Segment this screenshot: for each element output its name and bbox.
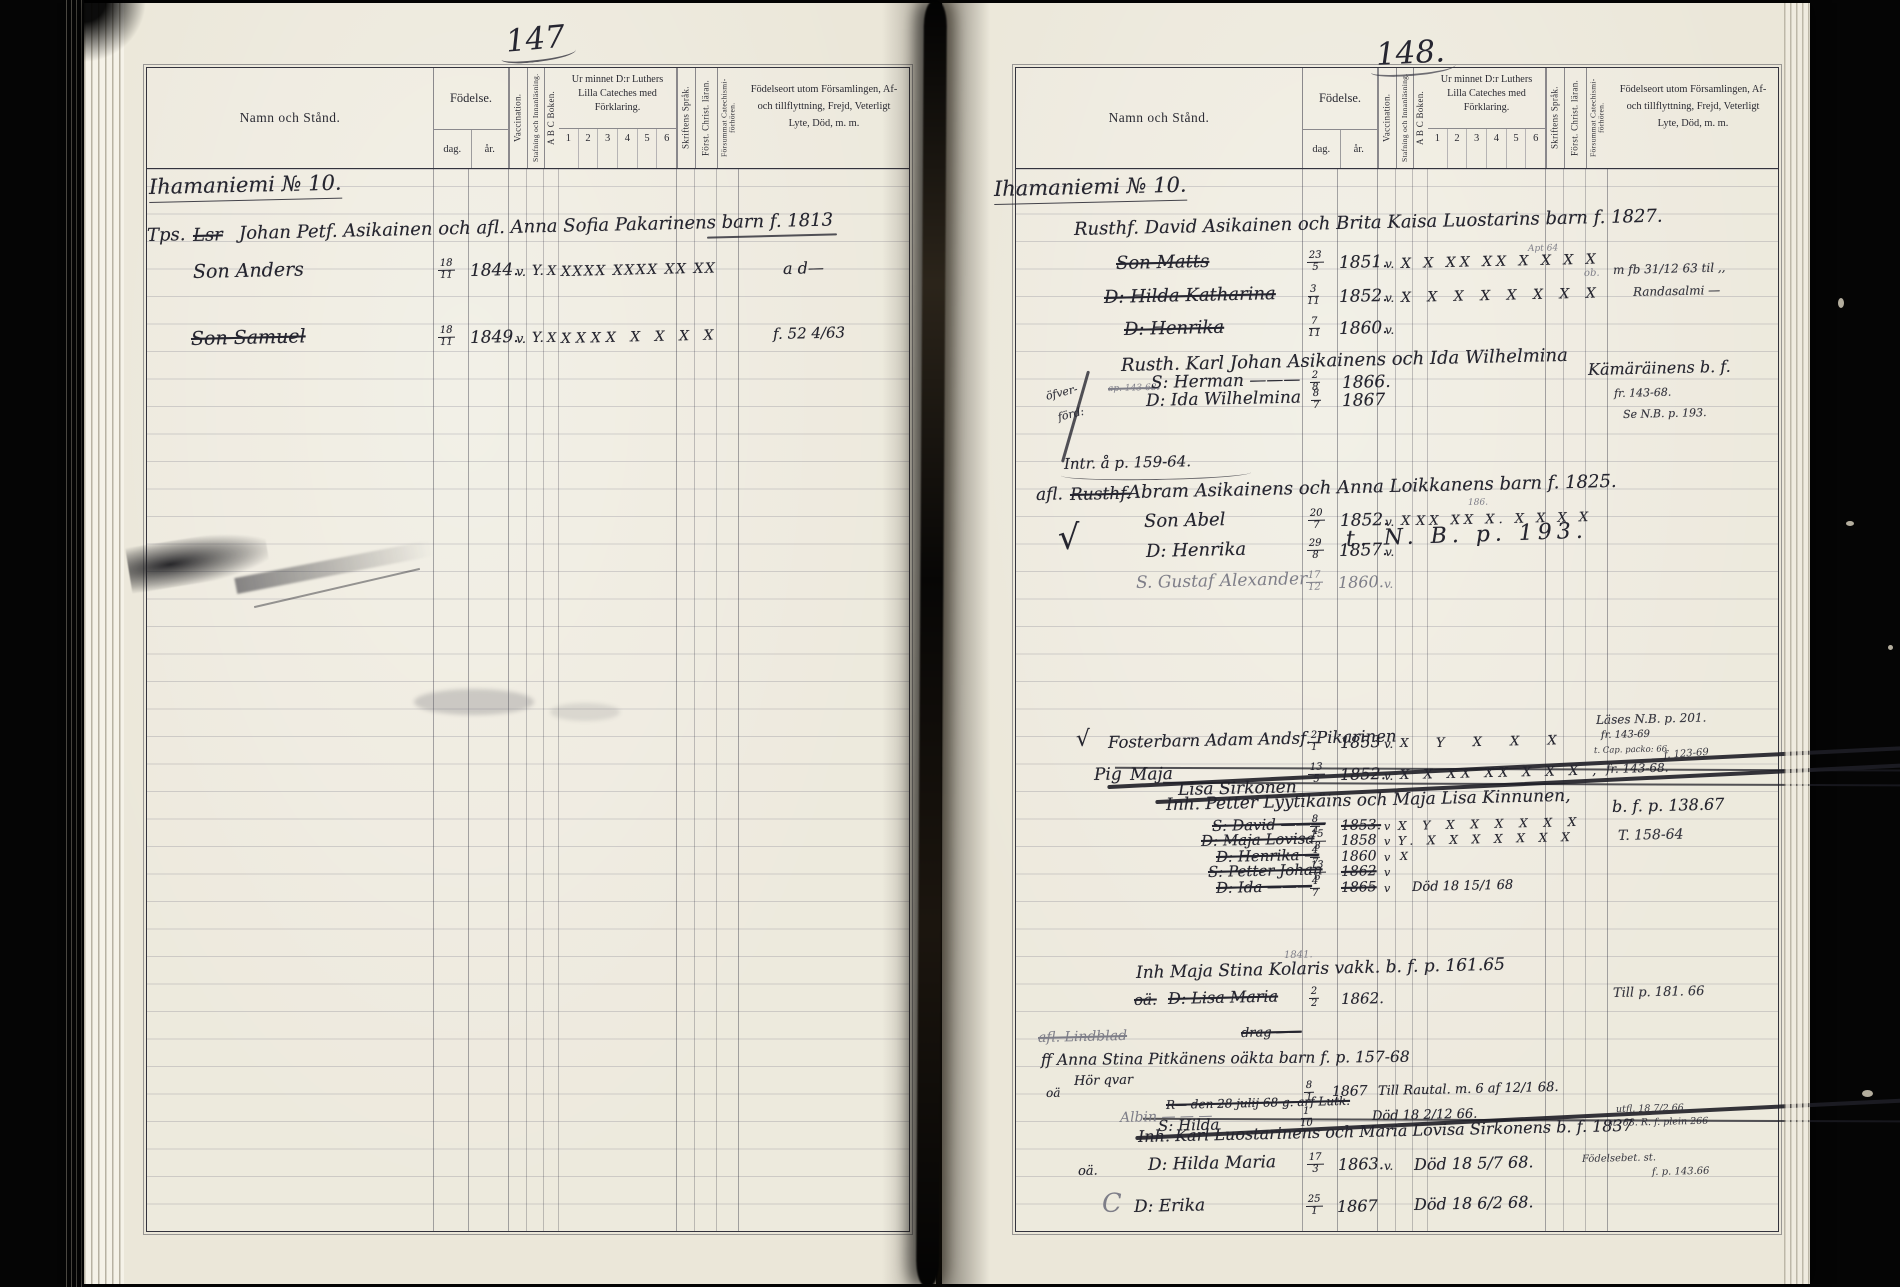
margin-note: t. Cap. packo: 66 — [1594, 745, 1667, 755]
cateches-marks: X X XX XX X X X X — [1401, 252, 1600, 271]
vaccination-mark: v. — [516, 266, 526, 279]
col-fodelse-header: Födelse. dag. år. — [434, 68, 509, 168]
entry-birth-year: 1867 — [1337, 1198, 1378, 1215]
day: 2 — [1309, 987, 1320, 999]
day: 15 — [1309, 830, 1326, 842]
entry-prefix: oä. — [1078, 1165, 1098, 1178]
month: 12 — [1308, 582, 1321, 593]
entry-birth-year: 1862 — [1341, 864, 1377, 879]
ledger-table-right: Namn och Stånd. Födelse. dag. år. Vaccin… — [1015, 67, 1779, 1232]
cateches-1: 1 — [1428, 129, 1448, 168]
margin-note: utfl. 18 7/2 66. — [1616, 1103, 1687, 1114]
entry-prefix-struck: oä. — [1134, 992, 1157, 1008]
col-vaccination-header: Vaccination. — [509, 68, 527, 168]
col-fodelse-label: Födelse. — [1303, 68, 1377, 130]
entry-prefix: oä — [1046, 1087, 1061, 1099]
col-forst-christ-header: Först. Christ. läran. — [1564, 68, 1586, 168]
col-cateches-numbers: 1 2 3 4 5 6 — [1428, 129, 1545, 168]
col-forsummat-header: Försummat Catechismi-förhören. — [717, 68, 739, 168]
margin-note: T. 158-64 — [1618, 828, 1684, 843]
margin-note: Se N.B. p. 193. — [1623, 407, 1707, 420]
entry-name: D: Lisa Maria — [1168, 989, 1278, 1007]
day: 20 — [1308, 509, 1325, 521]
margin-note: Randasalmi — — [1633, 284, 1720, 298]
month: 7 — [1312, 888, 1319, 899]
col-ar-label: år. — [472, 130, 509, 168]
entry-birth-year: 1867 — [1342, 392, 1386, 410]
cateches-5: 5 — [1507, 129, 1527, 168]
cateches-2: 2 — [579, 129, 599, 168]
entry-birth-year: 1844. — [470, 262, 519, 280]
cateches-5: 5 — [638, 129, 658, 168]
vaccination-mark: v. — [1384, 1160, 1393, 1172]
day: 8 — [1304, 1081, 1315, 1093]
col-forsummat-header: Försummat Catechismi-förhören. — [1586, 68, 1608, 168]
scanned-parish-register: { "c": { "namn": "Namn och Stånd.", "fod… — [0, 0, 1900, 1287]
day: 8 — [1310, 815, 1321, 827]
village-heading: Ihamaniemi № 10. — [994, 175, 1187, 205]
vaccination-mark: v — [1384, 836, 1390, 847]
paper-speck — [1846, 521, 1854, 526]
margin-note: Födelsebet. st. — [1582, 1153, 1656, 1165]
page-147: 147 Namn och Stånd. Födelse. dag. år. Va… — [84, 3, 936, 1284]
pencil-smudge — [550, 703, 620, 721]
table-body-right: Ihamaniemi № 10. Rusthf. David Asikainen… — [1016, 169, 1778, 1231]
entry-name: D: Ida Wilhelmina — [1146, 389, 1301, 410]
entry-name: D: Henrika — [1146, 541, 1247, 561]
paper-speck — [1862, 1090, 1873, 1097]
vaccination-mark: v. — [1385, 546, 1394, 558]
vaccination-mark: v. — [1384, 738, 1393, 750]
entry-birth-year: 1852. — [1339, 288, 1388, 306]
vaccination-mark: v. — [1385, 324, 1394, 336]
cateches-4: 4 — [1487, 129, 1507, 168]
entry-birth-day: 1811 — [438, 259, 455, 281]
entry-birth-day: 47 — [1310, 877, 1321, 899]
col-abc-header: A B C Boken. — [544, 68, 559, 168]
margin-note: Läses N.B. p. 201. — [1596, 711, 1707, 726]
entry-birth-day: 1811 — [438, 326, 455, 348]
vaccination-mark: v — [1384, 852, 1390, 863]
family1-heading: Johan Petf. Asikainen och afl. Anna Sofi… — [239, 212, 834, 243]
cateches-marks: Y. X X X X X X X — [1398, 831, 1575, 847]
entry-birth-day: 207 — [1308, 509, 1325, 531]
col-fodelseort-header: Födelseort utom Församlingen, Af- och ti… — [739, 68, 909, 168]
cateches-marks: XXXX X X X X — [561, 328, 719, 346]
margin-note: fr. 143-68. — [1614, 387, 1672, 399]
page-148: 148. Namn och Stånd. Födelse. dag. år. V… — [942, 3, 1810, 1284]
col-cateches-header: Ur minnet D:r Luthers Lilla Cateches med… — [559, 68, 677, 168]
month: 11 — [1307, 296, 1320, 307]
month: 11 — [1308, 328, 1321, 339]
entry-name: Son Matts — [1116, 253, 1210, 273]
cateches-4: 4 — [618, 129, 638, 168]
stafning-mark: Y. — [532, 264, 544, 278]
entry-name: D: Hilda Katharina — [1104, 285, 1276, 307]
entry-name: Son Abel — [1144, 511, 1226, 531]
day: 4 — [1310, 846, 1321, 858]
entry-name: D: Ida ——— — [1216, 879, 1312, 896]
col-fodelse-label: Födelse. — [434, 68, 508, 130]
struck-word: drag —— — [1241, 1026, 1302, 1040]
death-note: Död 18 5/7 68. — [1414, 1154, 1534, 1173]
day: 2 — [1309, 731, 1320, 743]
col-vaccination-header: Vaccination. — [1378, 68, 1396, 168]
entry-birth-year: 1862. — [1341, 991, 1384, 1007]
col-namn-header: Namn och Stånd. — [1016, 68, 1303, 168]
entry-birth-year: 1853. — [1341, 818, 1381, 833]
day: 13 — [1309, 861, 1326, 873]
month: 5 — [1313, 774, 1320, 785]
paper-speck — [1838, 298, 1844, 308]
family6-heading: Inh Maja Stina Kolaris vakk. b. f. p. 16… — [1136, 957, 1505, 982]
vaccination-mark: v — [1384, 883, 1390, 894]
entry-birth-year: 1863. — [1338, 1156, 1384, 1173]
cateches-marks: Y X X X — [1436, 734, 1569, 750]
cateches-2: 2 — [1448, 129, 1468, 168]
cateches-6: 6 — [657, 129, 676, 168]
family3-struck-word: Rusthf. — [1070, 486, 1132, 504]
day: 4 — [1310, 877, 1321, 889]
abc-mark: X — [1400, 851, 1408, 862]
margin-note: öfver- — [1045, 383, 1079, 402]
vaccination-mark: v. — [516, 333, 526, 346]
margin-note: b. f. p. 138.67 — [1612, 796, 1725, 815]
cateches-marks: XXXX XXXX XX XX — [561, 261, 717, 279]
col-dag-label: dag. — [1303, 130, 1341, 168]
family1-heading: Rusthf. David Asikainen och Brita Kaisa … — [1074, 208, 1663, 239]
ob-mark: ob. — [1584, 269, 1600, 279]
cateches-3: 3 — [598, 129, 618, 168]
day: 7 — [1309, 317, 1320, 329]
paper-speck — [1888, 645, 1893, 650]
family1-struck-word: Lsr — [193, 226, 223, 245]
col-forst-christ-header: Först. Christ. läran. — [695, 68, 717, 168]
month: 7 — [1313, 400, 1320, 411]
entry-birth-year: 1852. — [1340, 766, 1386, 783]
day: 29 — [1307, 539, 1324, 551]
pen-flourish-c: C — [1102, 1191, 1122, 1217]
day: 3 — [1308, 285, 1319, 297]
entry-birth-day: 22 — [1309, 987, 1320, 1009]
entry-birth-day: 235 — [1307, 251, 1324, 273]
entry-birth-day: 298 — [1307, 539, 1324, 561]
small-year-note: 186. — [1468, 499, 1488, 508]
col-stafning-header: Stafning och Innanläsning. — [527, 68, 544, 168]
day: 2 — [1310, 371, 1321, 383]
entry-birth-day: 87 — [1311, 389, 1322, 411]
col-stafning-header: Stafning och Innanläsning. — [1396, 68, 1413, 168]
month: 3 — [1312, 1164, 1319, 1175]
day: 17 — [1307, 1153, 1324, 1165]
handwriting-layer-right: Ihamaniemi № 10. Rusthf. David Asikainen… — [1016, 169, 1778, 1231]
margin-note: Hör qvar — [1074, 1074, 1133, 1088]
entry-birth-year: 1851. — [1339, 254, 1388, 272]
cateches-1: 1 — [559, 129, 579, 168]
table-header-right: Namn och Stånd. Födelse. dag. år. Vaccin… — [1016, 68, 1778, 169]
col-dag-label: dag. — [434, 130, 472, 168]
entry-birth-year: 1857. — [1339, 542, 1388, 560]
death-note: Död 18 6/2 68. — [1414, 1194, 1534, 1213]
col-cateches-numbers: 1 2 3 4 5 6 — [559, 129, 676, 168]
entry-note: f. 52 4/63 — [773, 325, 845, 342]
month: 11 — [440, 337, 453, 348]
entry-birth-day: 173 — [1307, 1153, 1324, 1175]
margin-note: Till p. 181. 66 — [1613, 985, 1705, 1000]
col-namn-header: Namn och Stånd. — [147, 68, 434, 168]
col-ar-label: år. — [1341, 130, 1378, 168]
month: 11 — [440, 270, 453, 281]
family2-heading: Rusth. Karl Johan Asikainens och Ida Wil… — [1121, 347, 1568, 375]
abc-mark: X — [547, 332, 557, 345]
entry-birth-day: 251 — [1306, 1195, 1323, 1217]
family3-prefix: afl. — [1036, 486, 1063, 504]
entry-name: D: Hilda Maria — [1148, 1154, 1276, 1174]
col-cateches-title: Ur minnet D:r Luthers Lilla Cateches med… — [559, 68, 676, 129]
entry-name: Son Samuel — [191, 327, 306, 349]
month: 8 — [1312, 550, 1319, 561]
vaccination-mark: v — [1384, 821, 1390, 832]
death-note: Död 18 15/1 68 — [1412, 879, 1514, 894]
pen-flourish — [707, 233, 837, 238]
cateches-6: 6 — [1526, 129, 1545, 168]
checkmark: √ — [1058, 521, 1080, 555]
left-page-stack-edge — [66, 0, 84, 1287]
col-fodelse-subrow: dag. år. — [434, 130, 508, 168]
abc-mark: X — [1400, 737, 1409, 749]
col-cateches-header: Ur minnet D:r Luthers Lilla Cateches med… — [1428, 68, 1546, 168]
col-fodelse-subrow: dag. år. — [1303, 130, 1377, 168]
entry-birth-year: 1858 — [1341, 833, 1377, 848]
entry-birth-day: 311 — [1307, 285, 1320, 307]
entry-name: S. Gustaf Alexander — [1136, 571, 1308, 592]
pencil-smudge — [414, 689, 534, 715]
col-fodelseort-header: Födelseort utom Församlingen, Af- och ti… — [1608, 68, 1778, 168]
entry-birth-day: 135 — [1308, 763, 1325, 785]
entry-name: D: Erika — [1134, 1197, 1206, 1216]
book-scan-scene: 147 Namn och Stånd. Födelse. dag. år. Va… — [0, 0, 1900, 1287]
vaccination-mark: v — [1384, 867, 1390, 878]
entry-birth-day: 1712 — [1306, 571, 1323, 593]
entry-title: Pig — [1094, 766, 1122, 784]
entry-name: Son Anders — [193, 260, 304, 282]
day: 8 — [1311, 389, 1322, 401]
day: 13 — [1308, 763, 1325, 775]
village-heading: Ihamaniemi № 10. — [149, 173, 342, 203]
vaccination-mark: v. — [1385, 258, 1394, 270]
checkmark: √ — [1076, 729, 1091, 751]
family2-heading-cont: Kämäräinens b. f. — [1588, 359, 1731, 378]
table-header-left: Namn och Stånd. Födelse. dag. år. Vaccin… — [147, 68, 909, 169]
margin-note: förd: — [1057, 406, 1086, 423]
entry-birth-day: 21 — [1309, 731, 1320, 753]
ledger-table-left: Namn och Stånd. Födelse. dag. år. Vaccin… — [146, 67, 910, 1232]
col-skriftens-header: Skriftens Språk. — [677, 68, 695, 168]
entry-name: D: Henrika — [1124, 319, 1225, 339]
entry-name: Albin — — — — [1120, 1109, 1213, 1125]
day: 23 — [1307, 251, 1324, 263]
corner-shadow — [84, 0, 154, 70]
entry-birth-year: 1865 — [1341, 880, 1377, 895]
entry-birth-year: 1860. — [1338, 574, 1384, 591]
month: 5 — [1312, 262, 1319, 273]
day: 1 — [1301, 1107, 1312, 1119]
cateches-marks: X X X X X X X X — [1401, 286, 1602, 305]
family1-prefix: Tps. — [147, 226, 186, 245]
col-cateches-title: Ur minnet D:r Luthers Lilla Cateches med… — [1428, 68, 1545, 129]
margin-note: fr. 143-69 — [1601, 730, 1650, 741]
month: 2 — [1311, 998, 1318, 1009]
col-abc-header: A B C Boken. — [1413, 68, 1428, 168]
stafning-mark: Y. — [532, 331, 544, 345]
vaccination-mark: v. — [1385, 292, 1394, 304]
month: 1 — [1311, 1206, 1318, 1217]
vaccination-mark: v. — [1384, 578, 1393, 590]
entry-birth-year: 1853 — [1340, 734, 1381, 751]
col-fodelse-header: Födelse. dag. år. — [1303, 68, 1378, 168]
migration-note: Till Rautal. m. 6 af 12/1 68. — [1378, 1081, 1559, 1098]
cateches-3: 3 — [1467, 129, 1487, 168]
family7-heading: ff Anna Stina Pitkänens oäkta barn f. p.… — [1041, 1050, 1410, 1069]
month: 1 — [1311, 742, 1318, 753]
entry-birth-day: 711 — [1308, 317, 1321, 339]
page-number-147: 147 — [498, 18, 576, 65]
day: 25 — [1306, 1195, 1323, 1207]
struck-word: afl. Lindblad — [1038, 1029, 1127, 1045]
entry-birth-year: 1860. — [1339, 320, 1388, 338]
entry-birth-year: 1849. — [470, 329, 519, 347]
vaccination-mark: v. — [1384, 770, 1393, 782]
month: 7 — [1313, 520, 1320, 531]
abc-mark: X — [547, 265, 557, 278]
margin-note: m fb 31/12 63 til ,, — [1613, 261, 1726, 276]
col-skriftens-header: Skriftens Språk. — [1546, 68, 1564, 168]
entry-note: a d— — [783, 260, 824, 277]
margin-note: f. p. 143.66 — [1652, 1167, 1710, 1178]
entry-birth-year: 1860 — [1341, 849, 1377, 864]
